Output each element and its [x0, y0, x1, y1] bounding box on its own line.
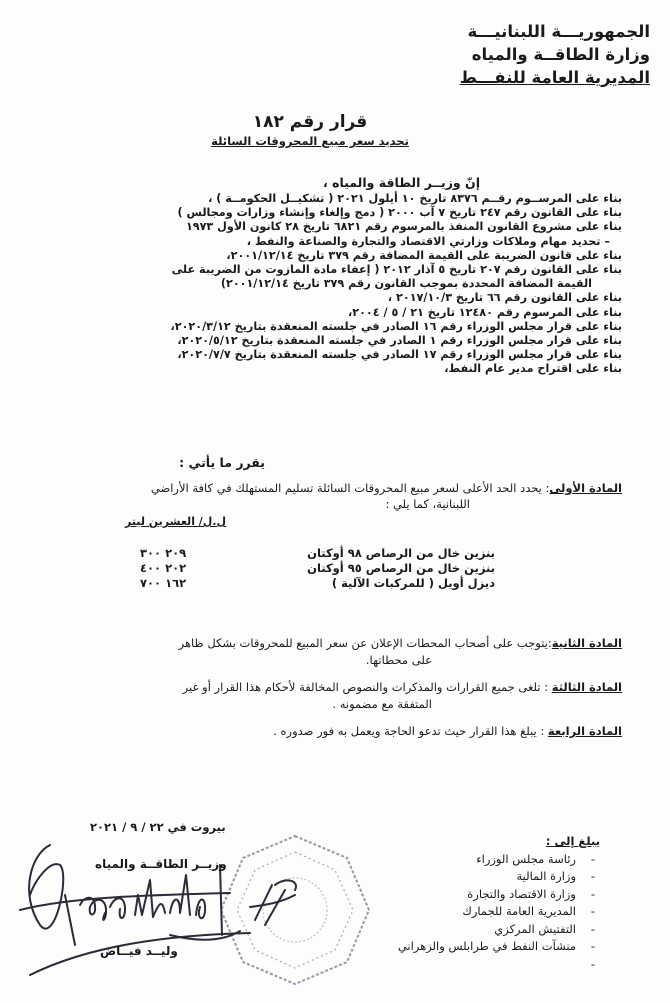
distribution-item: - وزارة الاقتصاد والتجارة — [360, 886, 600, 904]
article-3-label: المادة الثالثة — [552, 680, 622, 694]
letterhead: الجمهوريـــة اللبنانيـــة وزارة الطاقــة… — [420, 20, 650, 89]
preamble-line: بناء على اقتراح مدير عام النفط، — [22, 362, 622, 376]
preamble-line: بناء على المرسوم رقم ١٢٤٨٠ تاريخ ٢١ / ٥ … — [22, 306, 622, 320]
article-3-continuation: المتفقة مع مضمونه . — [62, 696, 622, 713]
bullet-dash-icon: - — [586, 956, 600, 974]
decides-heading: يقرر ما يأتي : — [179, 455, 265, 470]
distribution-recipient: وزارة الاقتصاد والتجارة — [467, 886, 576, 904]
price-table: بنزين خال من الرصاص ٩٨ أوكتان ٢٠٩ ٣٠٠ بن… — [140, 546, 495, 591]
article-1-continuation: اللبنانية، كما يلي : — [385, 497, 470, 511]
preamble-line: بناء على قرار مجلس الوزراء رقم ١٧ الصادر… — [22, 348, 622, 362]
distribution-item: - منشآت النفط في طرابلس والزهراني — [360, 938, 600, 956]
distribution-item: - وزارة المالية — [360, 868, 600, 886]
distribution-item: - المديرية العامة للجمارك — [360, 903, 600, 921]
distribution-recipient: المديرية العامة للجمارك — [462, 903, 576, 921]
preamble-line: بناء على مشروع القانون المنفذ بالمرسوم ر… — [22, 220, 622, 234]
distribution-list: يبلغ إلى : - رئاسة مجلس الوزراء - وزارة … — [360, 833, 600, 973]
minister-name: وليــد فيــاض — [100, 944, 178, 958]
fuel-price: ٢٠٢ ٤٠٠ — [140, 561, 186, 576]
distribution-item: - رئاسة مجلس الوزراء — [360, 851, 600, 869]
preamble: بناء على المرســوم رقــم ٨٣٧٦ تاريخ ١٠ أ… — [22, 192, 622, 377]
price-unit-label: ل.ل/ العشرين ليتر — [125, 515, 226, 528]
signing-date: بيروت في ٢٢ / ٩ / ٢٠٢١ — [90, 820, 226, 834]
article-3-text: : تلغى جميع القرارات والمذكرات والنصوص ا… — [183, 680, 552, 694]
bullet-dash-icon: - — [586, 868, 600, 886]
article-4-label: المادة الرابعة — [548, 724, 622, 738]
article-2-text: :يتوجب على أصحاب المحطات الإعلان عن سعر … — [179, 636, 552, 650]
article-2-label: المادة الثانية — [552, 636, 622, 650]
article-1-label: المادة الأولى — [549, 481, 622, 495]
distribution-heading: يبلغ إلى : — [360, 833, 600, 851]
article-4-text: : يبلغ هذا القرار حيث تدعو الحاجة ويعمل … — [273, 724, 548, 738]
fuel-price: ١٦٢ ٧٠٠ — [140, 576, 186, 591]
bullet-dash-icon: - — [586, 921, 600, 939]
preamble-opening: إنّ وزيــر الطاقة والمياه ، — [323, 175, 480, 190]
preamble-line: القيمة المضافة المحددة بموجب القانون رقم… — [22, 277, 622, 291]
price-row: ديزل أويل ( للمركبات الآلية ) ١٦٢ ٧٠٠ — [140, 576, 495, 591]
letterhead-ministry: وزارة الطاقــة والمياه — [420, 43, 650, 66]
preamble-line: بناء على المرســوم رقــم ٨٣٧٦ تاريخ ١٠ أ… — [22, 192, 622, 206]
letterhead-republic: الجمهوريـــة اللبنانيـــة — [420, 20, 650, 43]
fuel-name: بنزين خال من الرصاص ٩٥ أوكتان — [307, 561, 495, 576]
fuel-name: بنزين خال من الرصاص ٩٨ أوكتان — [307, 546, 495, 561]
fuel-price: ٢٠٩ ٣٠٠ — [140, 546, 186, 561]
distribution-item: - التفتيش المركزي — [360, 921, 600, 939]
article-2-continuation: على محطاتها. — [62, 652, 622, 669]
price-row: بنزين خال من الرصاص ٩٨ أوكتان ٢٠٩ ٣٠٠ — [140, 546, 495, 561]
decision-subject: تحديد سعر مبيع المحروقات السائلة — [180, 134, 440, 148]
preamble-line: بناء على القانون رقم ٢٤٧ تاريخ ٧ آب ٢٠٠٠… — [22, 206, 622, 220]
price-row: بنزين خال من الرصاص ٩٥ أوكتان ٢٠٢ ٤٠٠ — [140, 561, 495, 576]
distribution-recipient: وزارة المالية — [516, 868, 576, 886]
preamble-line: بناء على القانون رقم ٢٠٧ تاريخ ٥ آذار ٢٠… — [22, 263, 622, 277]
article-1-text: : يحدد الحد الأعلى لسعر مبيع المحروقات ا… — [151, 481, 550, 495]
letterhead-directorate: المديرية العامة للنفـــط — [420, 66, 650, 89]
minister-title: وزيــر الطاقــة والمياه — [95, 857, 227, 871]
article-2: المادة الثانية:يتوجب على أصحاب المحطات ا… — [62, 635, 622, 669]
distribution-item: - — [360, 956, 600, 974]
bullet-dash-icon: - — [586, 851, 600, 869]
distribution-recipient: رئاسة مجلس الوزراء — [476, 851, 576, 869]
decision-title: قرار رقم ١٨٢ — [190, 112, 430, 132]
article-3: المادة الثالثة : تلغى جميع القرارات والم… — [62, 679, 622, 713]
article-4: المادة الرابعة : يبلغ هذا القرار حيث تدع… — [62, 723, 622, 740]
preamble-line: بناء على قرار مجلس الوزراء رقم ١ الصادر … — [22, 334, 622, 348]
preamble-line: بناء على قرار مجلس الوزراء رقم ١٦ الصادر… — [22, 320, 622, 334]
bullet-dash-icon: - — [586, 938, 600, 956]
bullet-dash-icon: - — [586, 886, 600, 904]
distribution-recipient: التفتيش المركزي — [494, 921, 576, 939]
preamble-line: – تحديد مهام وملاكات وزارتي الاقتصاد وال… — [22, 235, 622, 249]
bullet-dash-icon: - — [586, 903, 600, 921]
article-1: المادة الأولى: يحدد الحد الأعلى لسعر مبي… — [62, 480, 622, 497]
preamble-line: بناء على قانون الضريبة على القيمة المضاف… — [22, 249, 622, 263]
distribution-recipient: منشآت النفط في طرابلس والزهراني — [398, 938, 576, 956]
preamble-line: بناء على القانون رقم ٦٦ تاريخ ٢٠١٧/١٠/٣ … — [22, 291, 622, 305]
fuel-name: ديزل أويل ( للمركبات الآلية ) — [332, 576, 495, 591]
